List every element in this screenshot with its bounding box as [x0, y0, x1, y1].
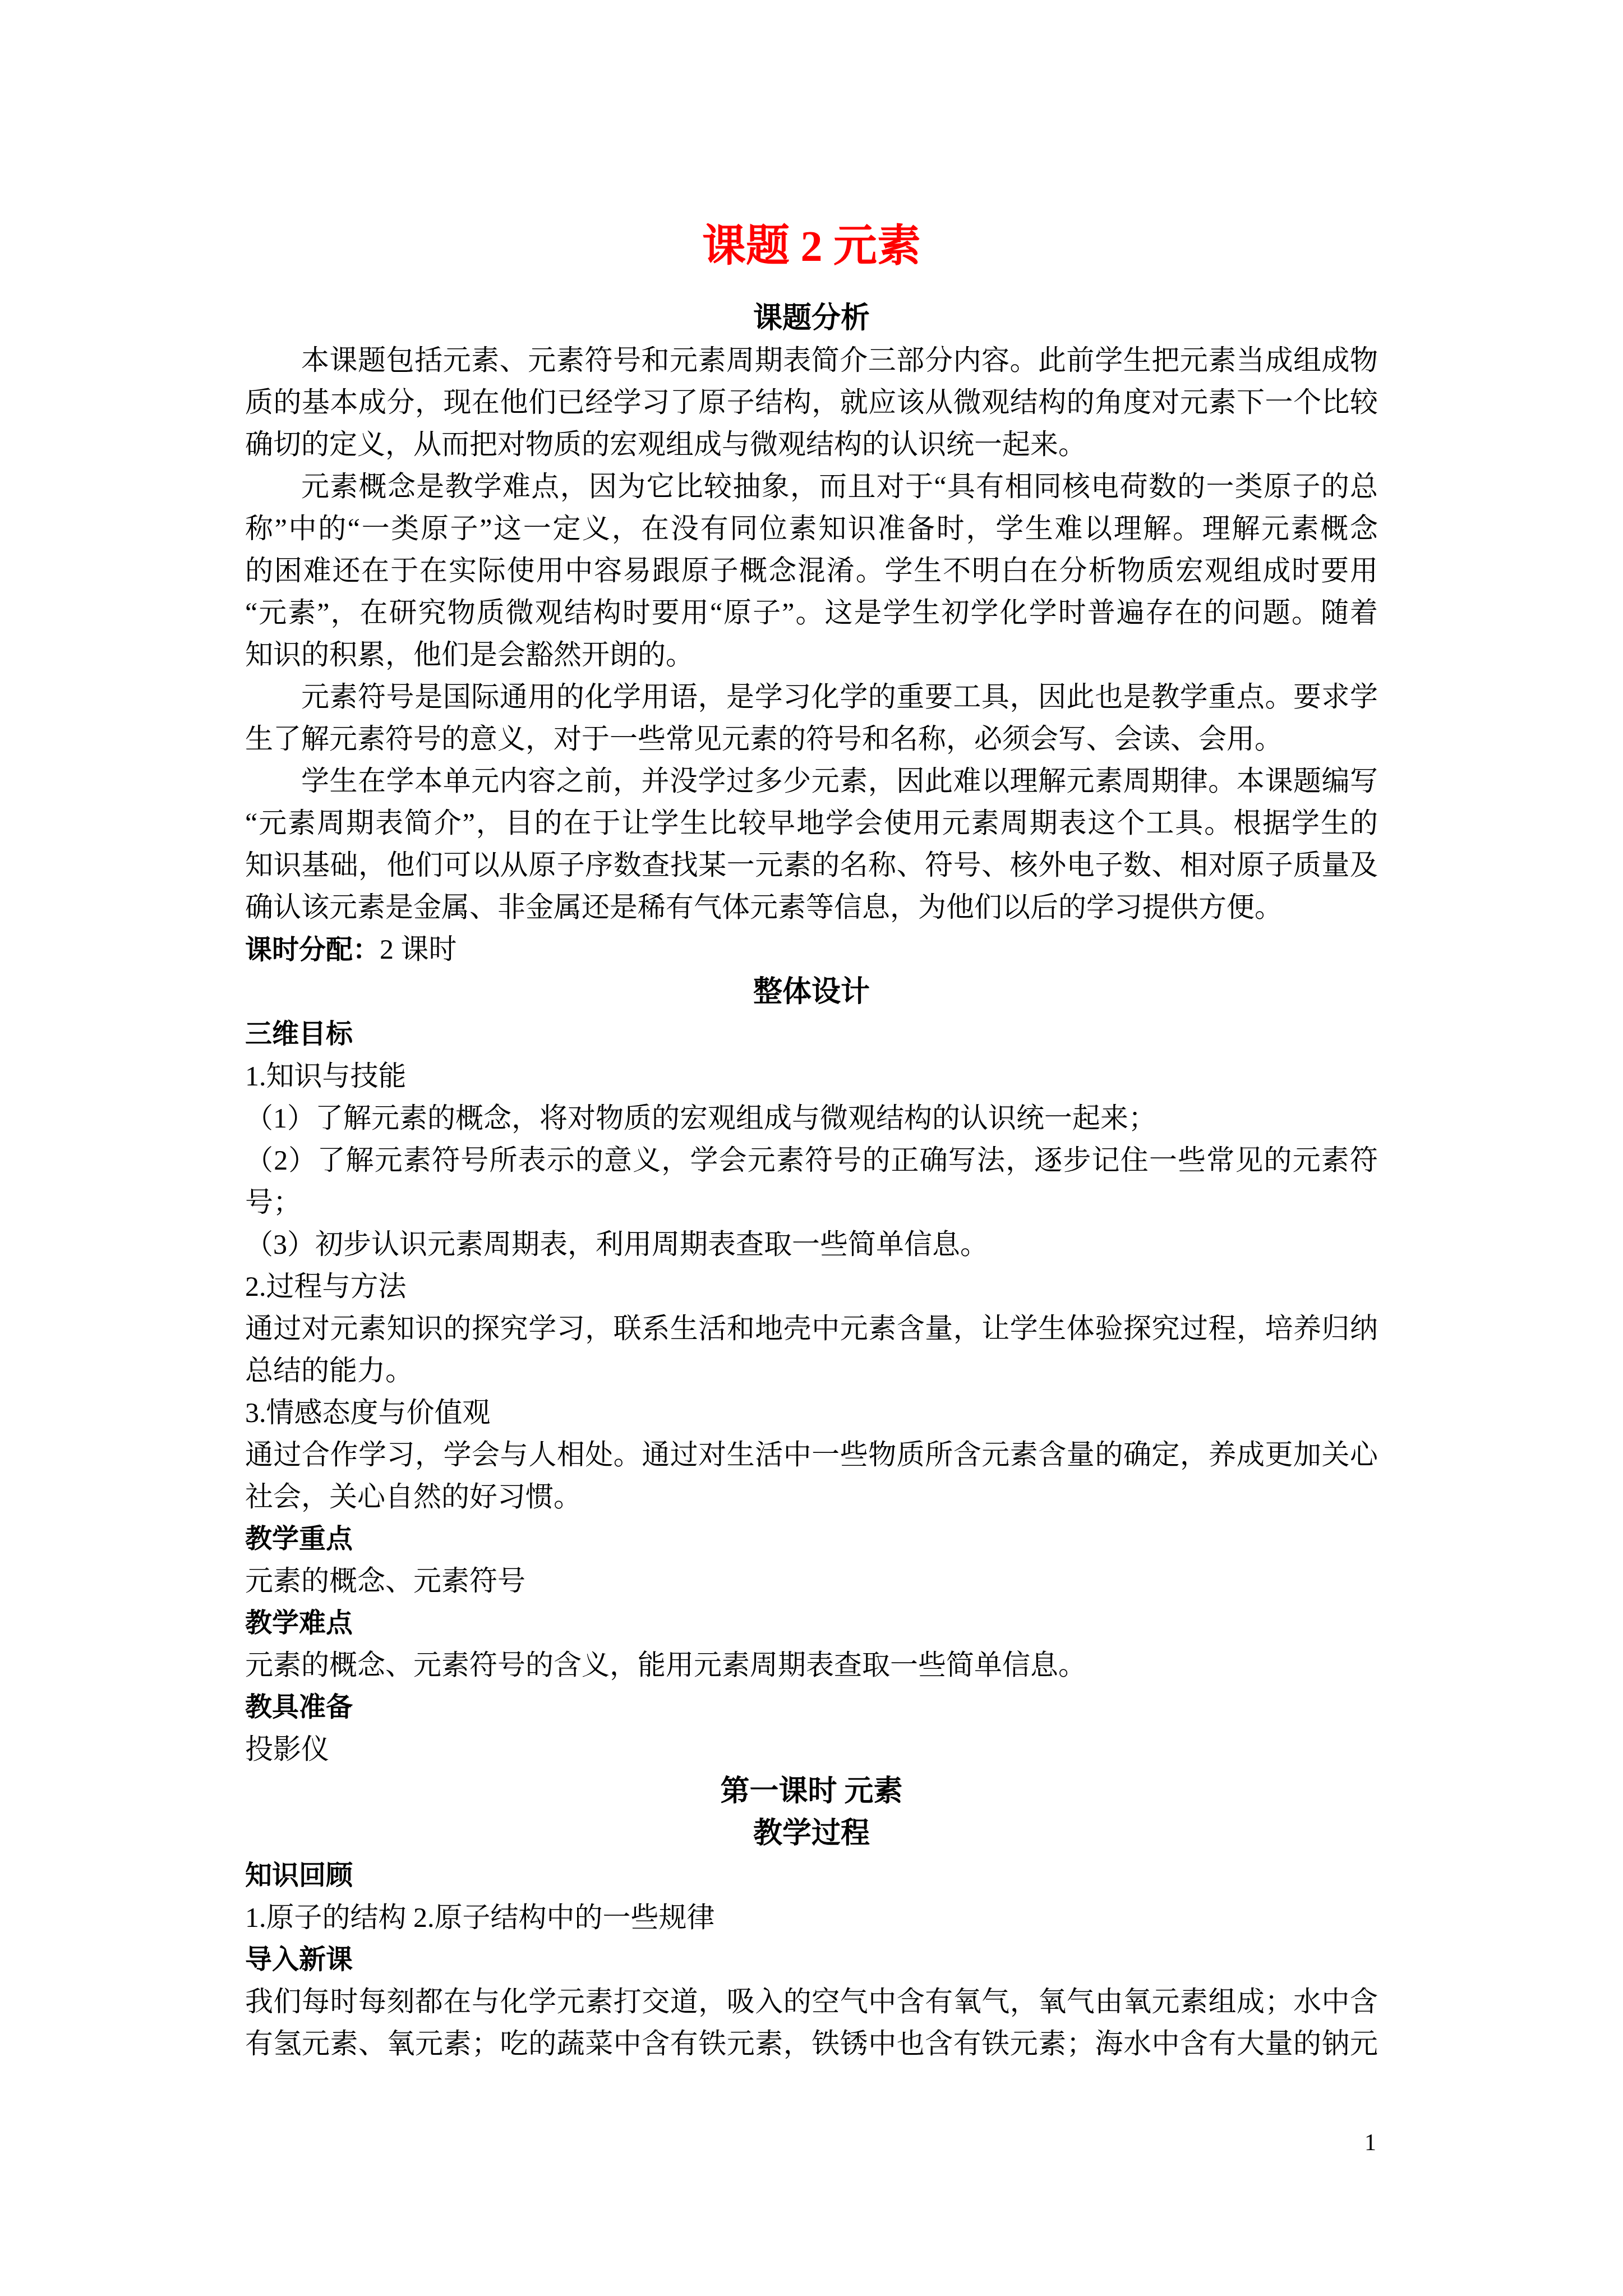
page-title: 课题 2 元素	[0, 0, 1623, 273]
center-heading: 整体设计	[245, 971, 1378, 1013]
text-line: 总结的能力。	[245, 1350, 1378, 1392]
page-number: 1	[1364, 2129, 1376, 2157]
text-line: 通过合作学习，学会与人相处。通过对生活中一些物质所含元素含量的确定，养成更加关心	[245, 1434, 1378, 1476]
text-line: 称”中的“一类原子”这一定义，在没有同位素知识准备时，学生难以理解。理解元素概念	[245, 508, 1378, 550]
center-heading: 课题分析	[245, 297, 1378, 339]
text-line: 知识的积累，他们是会豁然开朗的。	[245, 634, 1378, 676]
text-line: 元素符号是国际通用的化学用语，是学习化学的重要工具，因此也是教学重点。要求学	[245, 676, 1378, 718]
text-line: 知识基础，他们可以从原子序数查找某一元素的名称、符号、核外电子数、相对原子质量及	[245, 844, 1378, 886]
section-heading: 教学重点	[245, 1518, 1378, 1560]
text-line: 有氢元素、氧元素；吃的蔬菜中含有铁元素，铁锈中也含有铁元素；海水中含有大量的钠元	[245, 2023, 1378, 2065]
text-line: 元素的概念、元素符号的含义，能用元素周期表查取一些简单信息。	[245, 1644, 1378, 1686]
center-heading: 教学过程	[245, 1812, 1378, 1855]
text-line: 号；	[245, 1181, 1378, 1223]
line-label: 课时分配：	[245, 935, 380, 965]
text-line: 2.过程与方法	[245, 1266, 1378, 1308]
text-line: “元素周期表简介”，目的在于让学生比较早地学会使用元素周期表这个工具。根据学生的	[245, 802, 1378, 844]
text-line: 投影仪	[245, 1728, 1378, 1770]
text-line: 生了解元素符号的意义，对于一些常见元素的符号和名称，必须会写、会读、会用。	[245, 718, 1378, 760]
section-heading: 导入新课	[245, 1939, 1378, 1981]
text-line: “元素”，在研究物质微观结构时要用“原子”。这是学生初学化学时普遍存在的问题。随…	[245, 592, 1378, 634]
text-line: 本课题包括元素、元素符号和元素周期表简介三部分内容。此前学生把元素当成组成物	[245, 339, 1378, 381]
text-line: 我们每时每刻都在与化学元素打交道，吸入的空气中含有氧气，氧气由氧元素组成；水中含	[245, 1981, 1378, 2023]
text-line: 元素概念是教学难点，因为它比较抽象，而且对于“具有相同核电荷数的一类原子的总	[245, 466, 1378, 508]
center-heading: 第一课时 元素	[245, 1770, 1378, 1812]
text-line: （3）初步认识元素周期表，利用周期表查取一些简单信息。	[245, 1223, 1378, 1266]
text-line: 通过对元素知识的探究学习，联系生活和地壳中元素含量，让学生体验探究过程，培养归纳	[245, 1308, 1378, 1350]
text-line: （2）了解元素符号所表示的意义，学会元素符号的正确写法，逐步记住一些常见的元素符	[245, 1139, 1378, 1181]
text-line: 1.知识与技能	[245, 1055, 1378, 1097]
section-heading: 知识回顾	[245, 1855, 1378, 1897]
text-line: 1.原子的结构 2.原子结构中的一些规律	[245, 1897, 1378, 1939]
text-line: 质的基本成分，现在他们已经学习了原子结构，就应该从微观结构的角度对元素下一个比较	[245, 381, 1378, 424]
section-heading: 三维目标	[245, 1013, 1378, 1055]
text-line: 的困难还在于在实际使用中容易跟原子概念混淆。学生不明白在分析物质宏观组成时要用	[245, 550, 1378, 592]
labeled-line: 课时分配：2 课时	[245, 928, 1378, 971]
text-line: 确切的定义，从而把对物质的宏观组成与微观结构的认识统一起来。	[245, 424, 1378, 466]
document-body: 课题分析本课题包括元素、元素符号和元素周期表简介三部分内容。此前学生把元素当成组…	[0, 297, 1623, 2065]
section-heading: 教学难点	[245, 1602, 1378, 1644]
section-heading: 教具准备	[245, 1686, 1378, 1728]
text-line: 3.情感态度与价值观	[245, 1392, 1378, 1434]
text-line: 学生在学本单元内容之前，并没学过多少元素，因此难以理解元素周期律。本课题编写	[245, 760, 1378, 802]
text-line: 社会，关心自然的好习惯。	[245, 1476, 1378, 1518]
document-page: 课题 2 元素 课题分析本课题包括元素、元素符号和元素周期表简介三部分内容。此前…	[0, 0, 1623, 2296]
text-line: 元素的概念、元素符号	[245, 1560, 1378, 1602]
text-line: 确认该元素是金属、非金属还是稀有气体元素等信息，为他们以后的学习提供方便。	[245, 886, 1378, 928]
text-line: （1）了解元素的概念，将对物质的宏观组成与微观结构的认识统一起来；	[245, 1097, 1378, 1139]
